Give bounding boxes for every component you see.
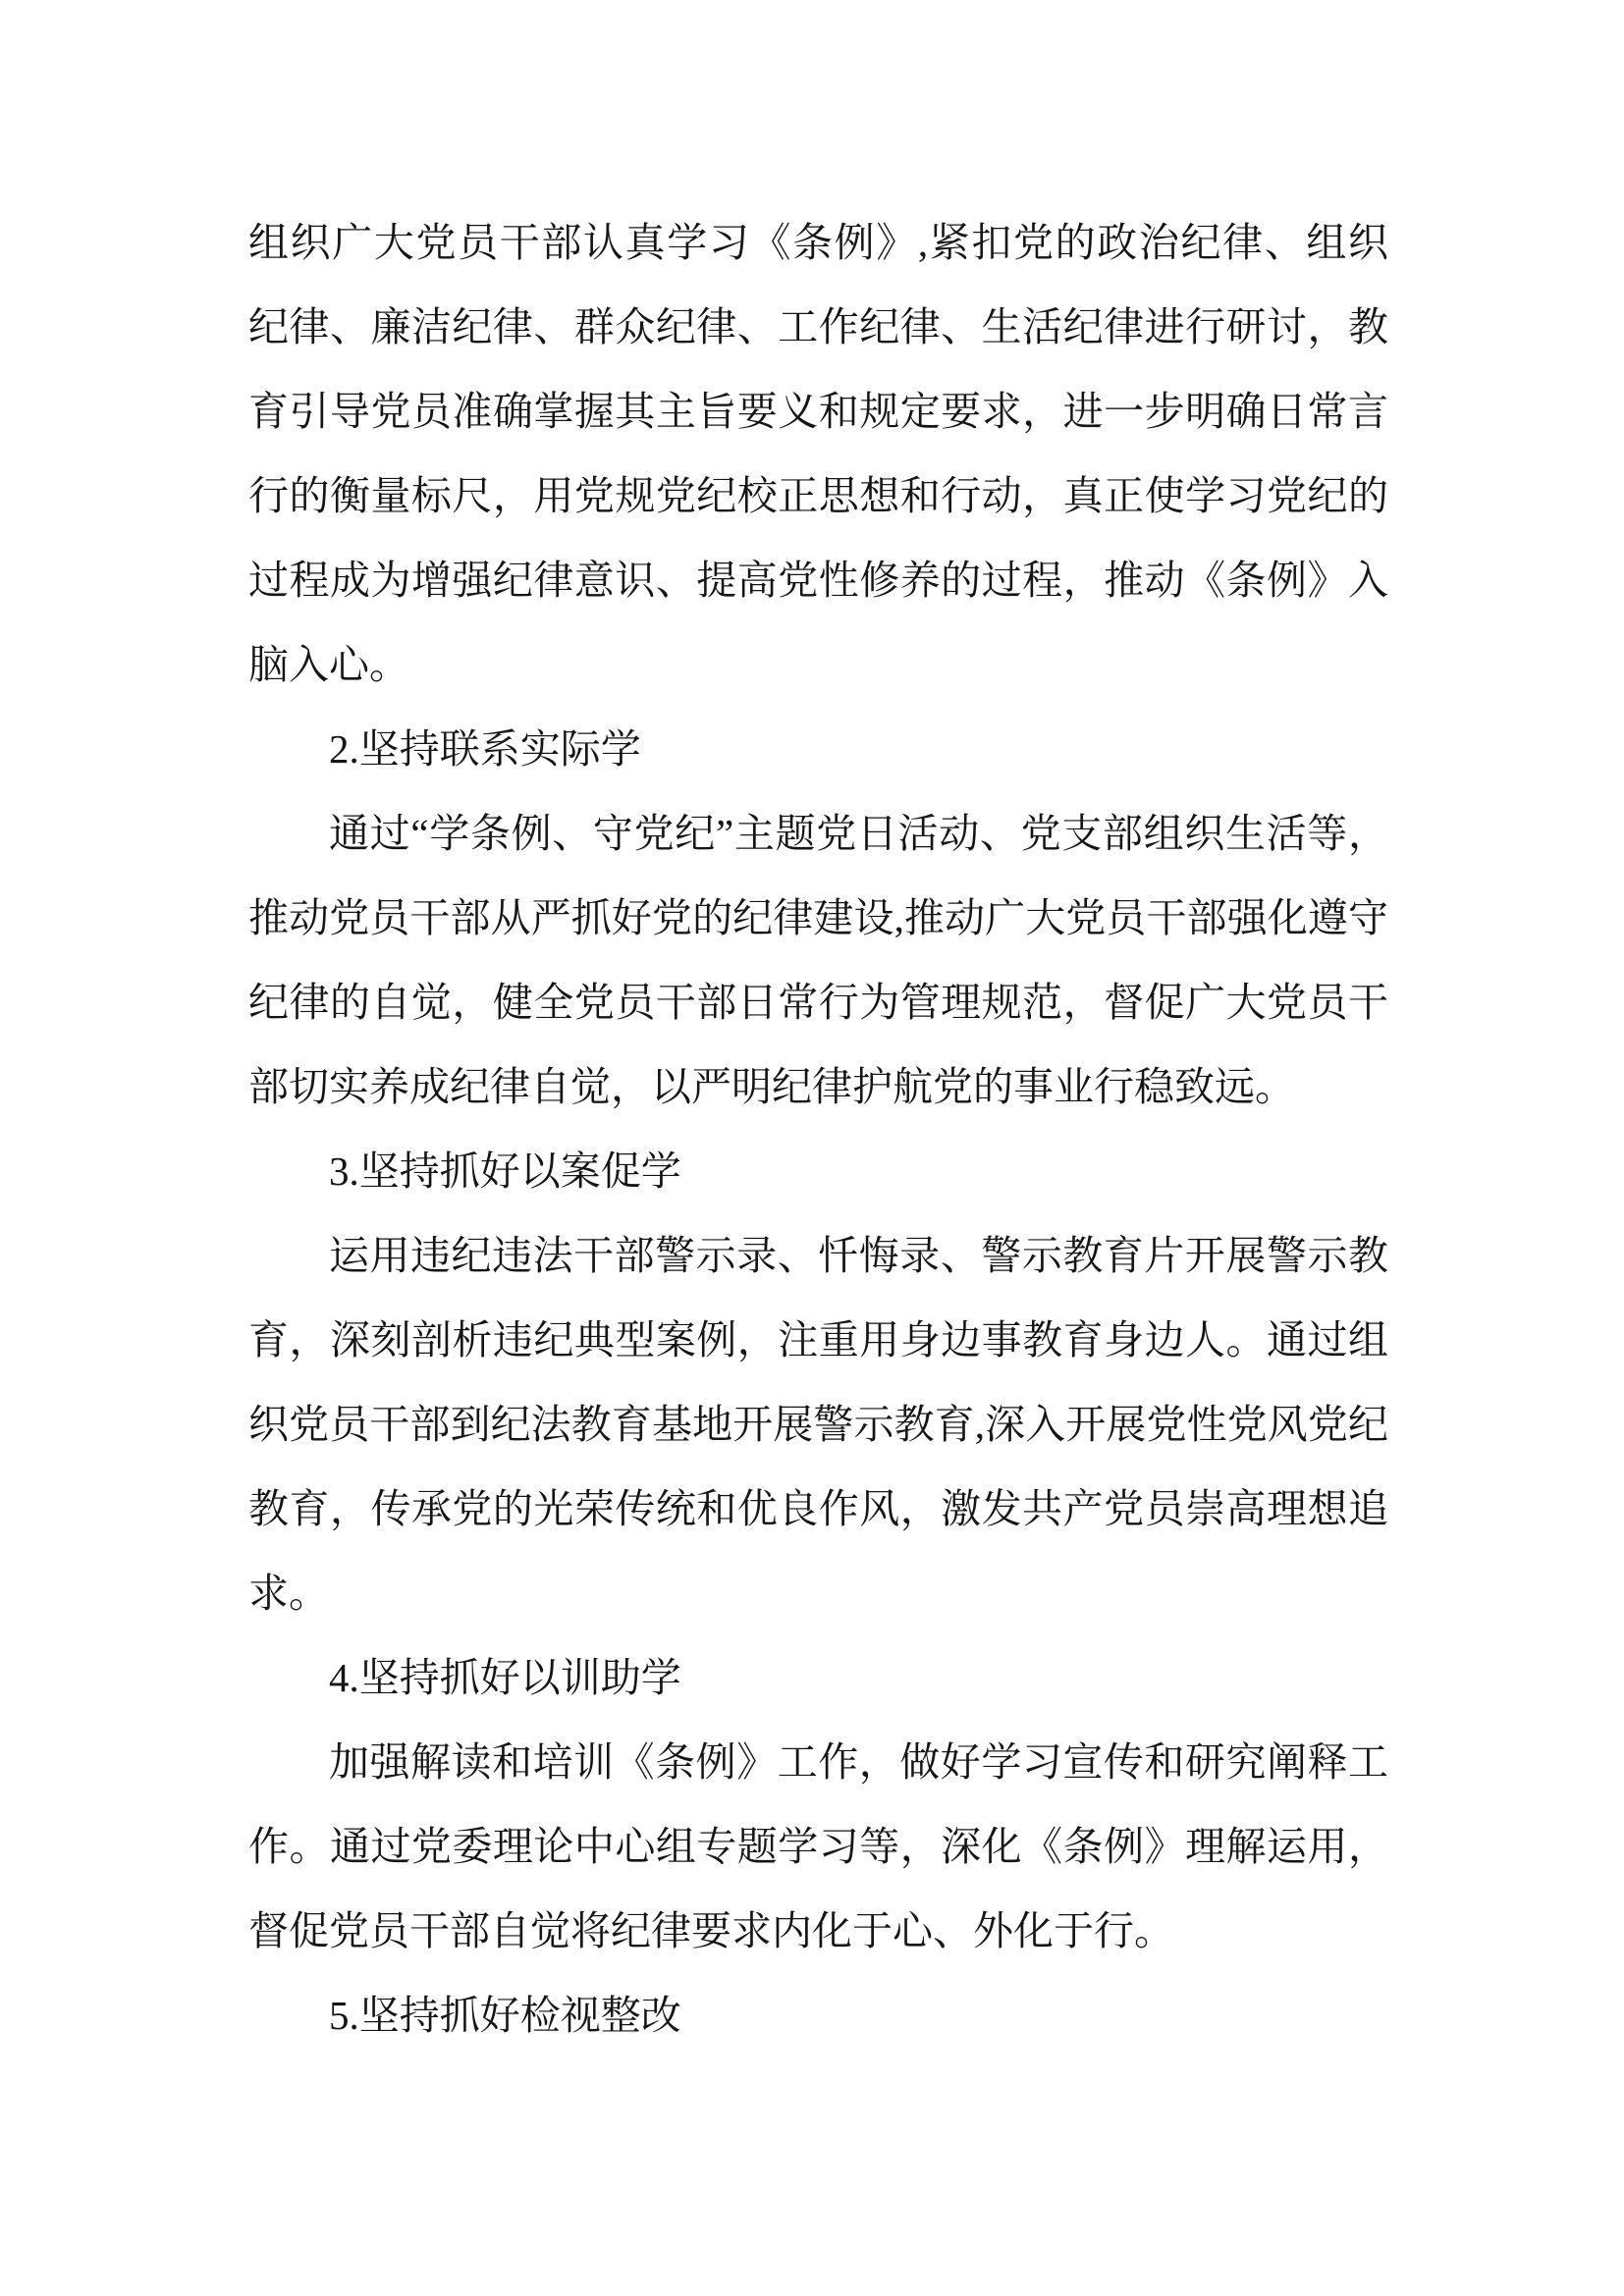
- section-heading-3: 3.坚持抓好以案促学: [248, 1129, 1388, 1213]
- section-heading-5: 5.坚持抓好检视整改: [248, 1973, 1388, 2057]
- document-page: 组织广大党员干部认真学习《条例》,紧扣党的政治纪律、组织 纪律、廉洁纪律、群众纪…: [0, 0, 1624, 2296]
- body-paragraph-section-2: 通过“学条例、守党纪”主题党日活动、党支部组织生活等，推动党员干部从严抓好党的纪…: [248, 791, 1388, 1129]
- body-paragraph-section-3: 运用违纪违法干部警示录、忏悔录、警示教育片开展警示教育，深刻剖析违纪典型案例，注…: [248, 1213, 1388, 1635]
- section-heading-2: 2.坚持联系实际学: [248, 707, 1388, 791]
- body-paragraph-section-4: 加强解读和培训《条例》工作，做好学习宣传和研究阐释工作。通过党委理论中心组专题学…: [248, 1720, 1388, 1973]
- body-paragraph-continuation: 组织广大党员干部认真学习《条例》,紧扣党的政治纪律、组织 纪律、廉洁纪律、群众纪…: [248, 200, 1388, 707]
- section-heading-4: 4.坚持抓好以训助学: [248, 1635, 1388, 1720]
